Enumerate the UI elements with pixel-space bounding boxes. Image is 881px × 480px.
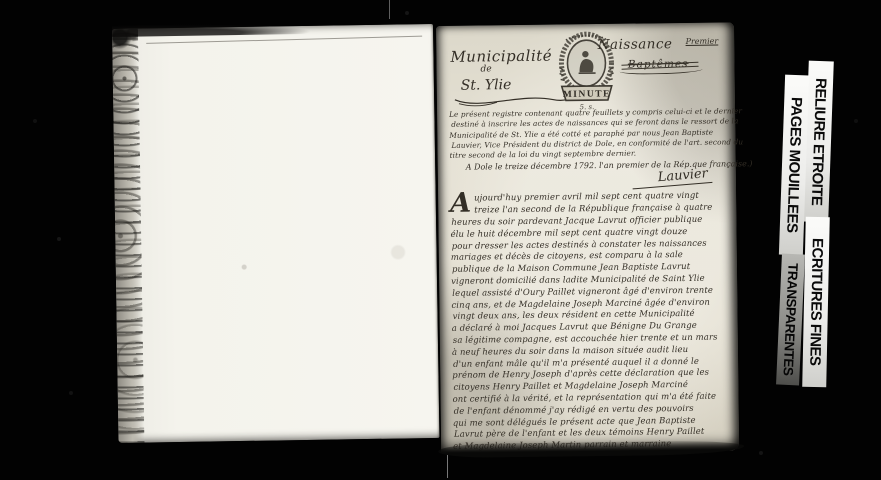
- worn-top-corner: [112, 22, 312, 37]
- heading-number: Premier: [685, 37, 718, 46]
- heading-struck-word: Baptêmes: [628, 58, 689, 71]
- page-bottom-shadow-edge: [438, 440, 744, 458]
- microfilm-scan-frame: Municipalité de St. Ylie: [0, 0, 881, 480]
- stamp-value-text: 5. s.: [580, 103, 595, 111]
- signature-name: Lauvier: [631, 166, 712, 190]
- ornate-initial: A: [450, 192, 471, 216]
- act-heading: Naissance Premier Baptêmes: [598, 33, 719, 72]
- municipality-line3: St. Ylie: [461, 78, 512, 93]
- page-stack-worn-edge: [112, 29, 144, 443]
- left-blank-page: [112, 24, 439, 443]
- film-label-ecritures-fines: ECRITURES FINES: [802, 217, 830, 387]
- heading-category: Naissance: [598, 36, 673, 53]
- birth-act-paragraph: A ujourd'huy premier avril mil sept cent…: [450, 191, 729, 454]
- film-label-transparentes: TRANSPARENTES: [776, 254, 805, 386]
- film-scratch-bottom: [447, 452, 448, 478]
- certification-line: titre second de la loi du vingt septembr…: [450, 148, 726, 162]
- manuscript-header: Municipalité de St. Ylie: [448, 28, 725, 105]
- register-certification: Le présent registre contenant quatre feu…: [449, 106, 726, 189]
- birth-act-lines: ujourd'huy premier avril mil sept cent q…: [450, 191, 729, 454]
- film-dust-specks: [0, 0, 2, 2]
- stamp-banner-text: MINUTE: [563, 89, 611, 100]
- right-manuscript-page: Municipalité de St. Ylie: [436, 22, 739, 454]
- page-edge-line: [146, 36, 422, 44]
- official-signature: Lauvier: [450, 169, 712, 189]
- film-scratch-top: [389, 0, 390, 19]
